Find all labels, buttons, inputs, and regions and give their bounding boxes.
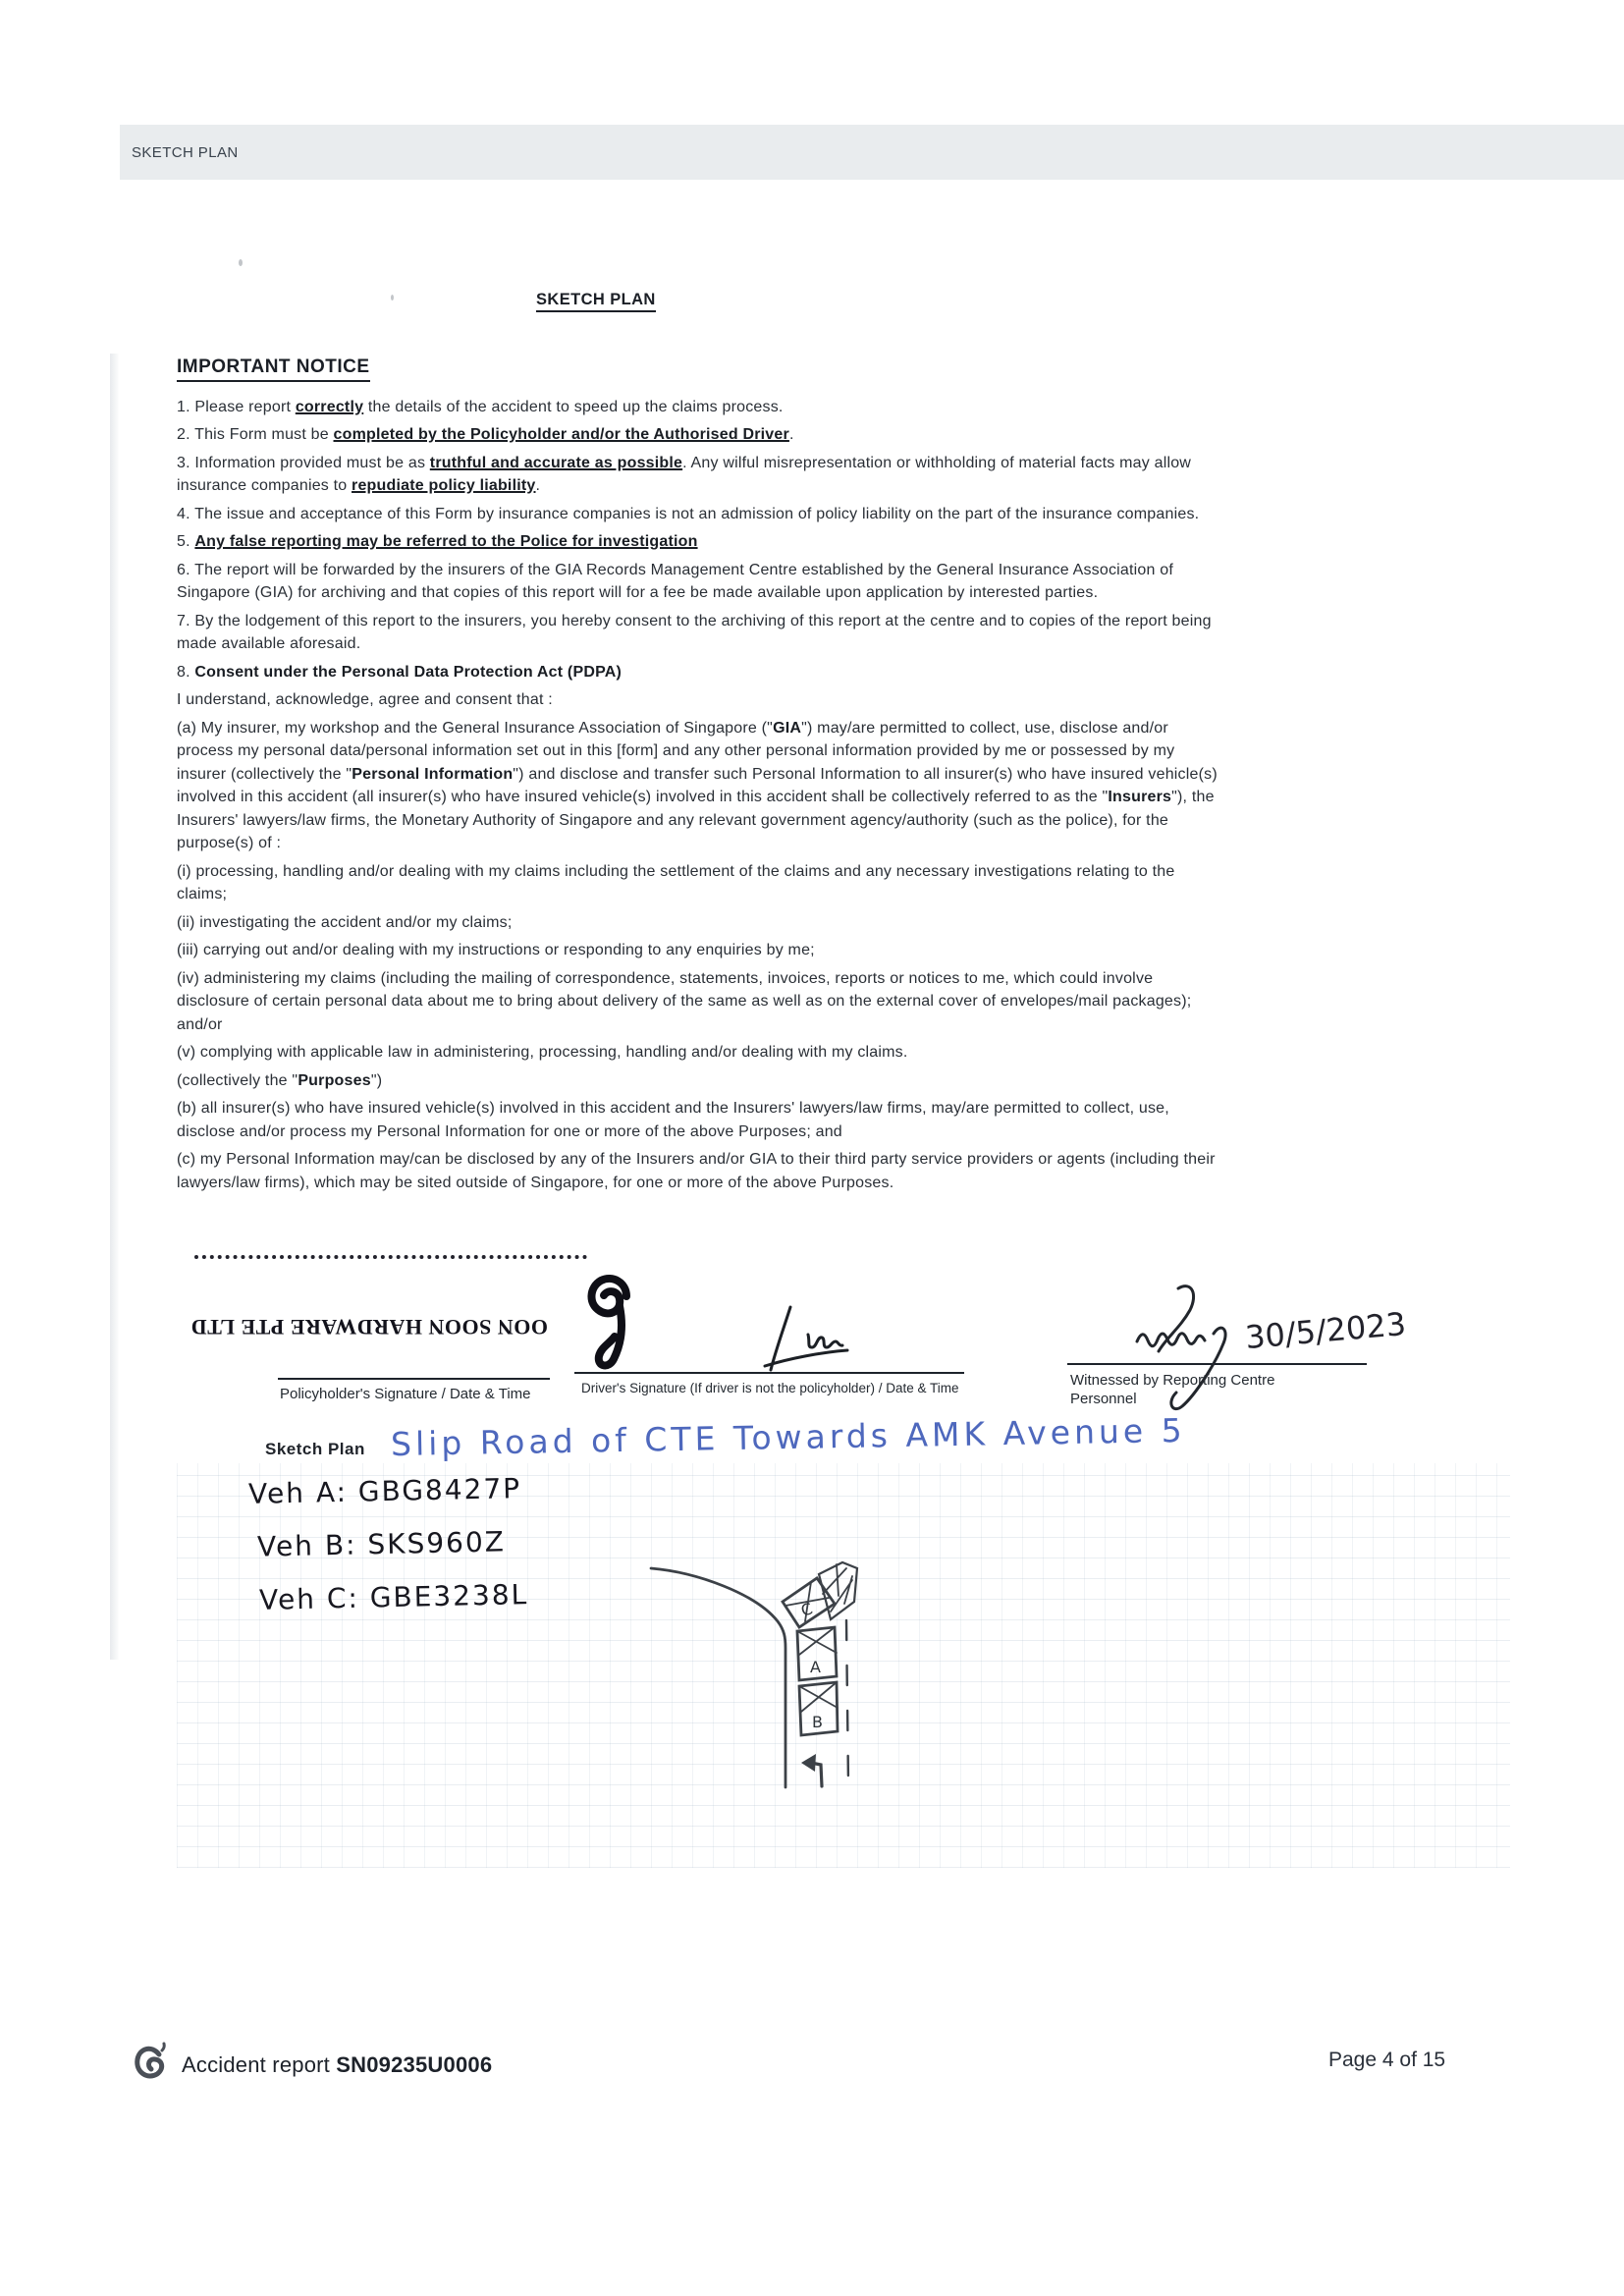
- notice-item-5: 5. Any false reporting may be referred t…: [177, 530, 1219, 554]
- notice-item-2: 2. This Form must be completed by the Po…: [177, 423, 1219, 447]
- page-number: Page 4 of 15: [1328, 2049, 1445, 2072]
- sketch-plan-label: Sketch Plan: [265, 1440, 365, 1459]
- pdpa-item-ii: (ii) investigating the accident and/or m…: [177, 911, 1219, 935]
- page-header-band: SKETCH PLAN: [120, 125, 1624, 180]
- notice-item-3: 3. Information provided must be as truth…: [177, 452, 1219, 498]
- pdpa-intro: I understand, acknowledge, agree and con…: [177, 688, 1219, 712]
- accident-report-label: Accident report: [182, 2052, 330, 2077]
- accident-report-number: SN09235U0006: [336, 2052, 492, 2077]
- handwritten-location: Slip Road of CTE Towards AMK Avenue 5: [391, 1411, 1186, 1463]
- notice-item-4: 4. The issue and acceptance of this Form…: [177, 503, 1219, 526]
- handwritten-vehicle-c: Veh C: GBE3238L: [259, 1578, 529, 1616]
- scan-speck: [239, 259, 243, 266]
- handwritten-vehicle-b: Veh B: SKS960Z: [257, 1525, 507, 1562]
- arrow-head: [801, 1754, 816, 1772]
- footer-report-line: Accident report SN09235U0006: [182, 2052, 492, 2078]
- vehicle-a-label: A: [810, 1658, 821, 1676]
- pdpa-item-i: (i) processing, handling and/or dealing …: [177, 860, 1219, 906]
- pdpa-item-c: (c) my Personal Information may/can be d…: [177, 1148, 1219, 1194]
- important-notice-section: IMPORTANT NOTICE 1. Please report correc…: [177, 355, 1219, 1199]
- notice-item-8: 8. Consent under the Personal Data Prote…: [177, 661, 1219, 684]
- notice-item-1: 1. Please report correctly the details o…: [177, 396, 1219, 419]
- important-notice-heading: IMPORTANT NOTICE: [177, 355, 370, 382]
- scanned-document-page: SKETCH PLAN SKETCH PLAN IMPORTANT NOTICE…: [0, 0, 1624, 2296]
- witness-date-handwritten: 30/5/2023: [1244, 1305, 1408, 1356]
- vehicle-b-label: B: [812, 1713, 823, 1731]
- company-stamp-text: OON SOON HARDWARE PTE LTD: [253, 1314, 548, 1339]
- driver-signature: [761, 1301, 854, 1378]
- scan-speck: [391, 295, 394, 301]
- pdpa-item-b: (b) all insurer(s) who have insured vehi…: [177, 1097, 1219, 1143]
- scan-edge-artifact: [110, 354, 119, 1660]
- dotted-separator: [194, 1255, 587, 1259]
- vehicle-c-label: C: [798, 1599, 814, 1620]
- policyholder-signature-label: Policyholder's Signature / Date & Time: [280, 1385, 540, 1403]
- page-title: SKETCH PLAN: [536, 291, 656, 312]
- witness-signature: [1119, 1279, 1247, 1416]
- pdpa-item-iii: (iii) carrying out and/or dealing with m…: [177, 939, 1219, 962]
- pdpa-item-iv: (iv) administering my claims (including …: [177, 967, 1219, 1037]
- policyholder-signature-line: [278, 1378, 550, 1380]
- stamp-swirl-icon: [587, 1273, 642, 1377]
- handwritten-vehicle-a: Veh A: GBG8427P: [248, 1472, 522, 1510]
- pdpa-item-v: (v) complying with applicable law in adm…: [177, 1041, 1219, 1065]
- header-bar-title: SKETCH PLAN: [132, 144, 239, 161]
- pdpa-purposes: (collectively the "Purposes"): [177, 1069, 1219, 1093]
- notice-item-7: 7. By the lodgement of this report to th…: [177, 610, 1219, 656]
- accident-sketch-diagram: C A B: [628, 1555, 923, 1854]
- notice-item-6: 6. The report will be forwarded by the i…: [177, 559, 1219, 605]
- pdpa-item-a: (a) My insurer, my workshop and the Gene…: [177, 717, 1219, 855]
- gia-logo-icon: [132, 2041, 171, 2088]
- driver-signature-label: Driver's Signature (If driver is not the…: [581, 1379, 974, 1397]
